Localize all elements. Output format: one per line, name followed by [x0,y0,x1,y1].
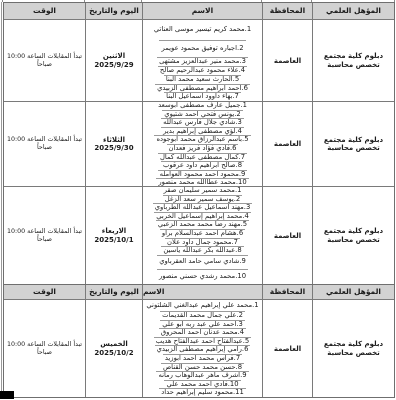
qualification-cell: دبلوم كلية مجتمعتخصص محاسبة [312,102,394,186]
header-qualification: المؤهل العلمي [312,3,394,19]
schedule-group-1: تبدأ المقابلات الساعة 10:00صباحاًالاثنين… [4,19,394,101]
name-row: 3.محمد منير عبدالعزيز مشتهى [157,57,248,66]
name-row: 4.لؤي مصطفى إبراهيم بدير [161,127,244,136]
name-row: 1.محمد علي إبراهيم عبدالغني الشلتوني [144,300,260,311]
header-governorate: المحافظة [262,3,312,19]
date-value: 2025/10/2 [94,349,133,358]
governorate-cell: العاصمة [262,300,312,397]
schedule-group-2: تبدأ المقابلات الساعة 10:00صباحاًالثلاثا… [4,101,394,186]
day-date-cell: الاثنين2025/9/29 [85,20,142,101]
header-time: الوقت [4,3,85,19]
left-border-scan-line [1,2,2,397]
table-header-row: الوقت اليوم والتاريخ الاسم المحافظة المؤ… [4,3,394,19]
qualification-line2: تخصص محاسبة [327,236,380,245]
name-row: 10.محمد رشدي حسني منصور [157,269,248,284]
name-row: 1.محمد كريم تيسير موسى العناتي [152,20,253,40]
name-row: 6.هشام احمد عبدالسلام براو [160,229,245,238]
date-value: 2025/9/29 [94,61,133,70]
interview-schedule-table: الوقت اليوم والتاريخ الاسم المحافظة المؤ… [3,2,395,398]
day-label: الاربعاء [102,227,126,236]
name-row: 9.اشرف ماهر عبدالوهاب رمانه [156,371,248,380]
name-row: 9.محمود احمد محمود العوامله [158,170,248,179]
qualification-line2: تخصص محاسبة [327,61,380,70]
day-date-cell: الثلاثاء2025/9/30 [85,102,142,186]
day-label: الخميس [100,340,128,349]
name-row: 2.يونس فتحي احمد شتيوي [162,110,243,119]
day-date-cell: الخميس2025/10/2 [85,300,142,397]
scan-artifact-mark [0,391,14,399]
governorate-cell: العاصمة [262,102,312,186]
governorate-cell: العاصمة [262,20,312,101]
names-cell: 1.محمد سمير سليمان صقر2.يوسف سمير سعد ال… [142,187,262,284]
groups-section-a: تبدأ المقابلات الساعة 10:00صباحاًالاثنين… [4,19,394,284]
header-name: الاسم [142,3,262,19]
day-date-cell: الاربعاء2025/10/1 [85,187,142,284]
time-text-line2: صباحاً [37,349,52,357]
scanned-schedule-page: الوقت اليوم والتاريخ الاسم المحافظة المؤ… [0,0,396,400]
name-row: 2.يوسف سمير سعد الزغل [163,195,242,204]
date-value: 2025/10/1 [94,236,133,245]
groups-section-b: تبدأ المقابلات الساعة 10:00صباحاًالخميس2… [4,299,394,397]
names-cell: 1.محمد كريم تيسير موسى العناتي2.اجباره ت… [142,20,262,101]
name-row: 4.محمد عدنان احمد المحروق [159,328,246,337]
qualification-cell: دبلوم كلية مجتمعتخصص محاسبة [312,20,394,101]
header-day-date: اليوم والتاريخ [85,3,142,19]
name-row: 8.عبدالله بكر عبدالله ياسين [161,246,243,255]
name-row: 7.فراس محمد احمد ابوزيد [163,354,242,363]
name-row: 7.كمال مصطفى عبدالله كمال [158,153,247,162]
governorate-cell: العاصمة [262,187,312,284]
name-row: 4.علاء محمود عبدالرحيم صالح [158,66,247,75]
name-row: 2.اجباره توفيق محمود عويمر [159,40,245,57]
qualification-line2: تخصص محاسبة [327,144,380,153]
name-row: 7.محمود جمال داود علان [165,238,240,247]
qualification-line1: دبلوم كلية مجتمع [324,136,383,145]
name-row: 6.احمد ابراهيم مصطفى الزبيدي [155,84,250,93]
header-time: الوقت [4,285,85,299]
names-cell: 1.محمد علي إبراهيم عبدالغني الشلتوني2.عل… [142,300,262,397]
day-label: الثلاثاء [103,136,125,145]
time-text-line1: تبدأ المقابلات الساعة 10:00 [7,53,82,61]
qualification-line2: تخصص محاسبة [327,349,380,358]
name-row: 4.محمد إبراهيم إسماعيل الخربي [154,212,251,221]
header-day-date: اليوم والتاريخ [85,285,142,299]
time-text-line2: صباحاً [37,236,52,244]
schedule-group-3: تبدأ المقابلات الساعة 10:00صباحاًالاربعا… [4,186,394,284]
qualification-line1: دبلوم كلية مجتمع [324,227,383,236]
time-text-line1: تبدأ المقابلات الساعة 10:00 [7,136,82,144]
qualification-cell: دبلوم كلية مجتمعتخصص محاسبة [312,187,394,284]
name-row: 3.شادي جلال فارس عبدالله [161,118,244,127]
table-header-row-repeat: الوقت اليوم والتاريخ الاسم المحافظة المؤ… [4,284,394,299]
name-row: 5.باسم عبدالرزاق محمد ابوجوده [154,135,250,144]
schedule-group-4: تبدأ المقابلات الساعة 10:00صباحاًالخميس2… [4,299,394,397]
name-row: 8.صالح ابراهيم داود عرقوب [161,161,244,170]
name-row: 11.محمود سليم إبراهيم حداد [159,388,246,397]
time-cell: تبدأ المقابلات الساعة 10:00صباحاً [4,187,85,284]
name-row: 9.شادي سامي حامد العقرباوي [157,255,248,269]
time-text-line1: تبدأ المقابلات الساعة 10:00 [7,228,82,236]
name-row: 8.حسن محمد حسن القناص [161,363,244,372]
time-cell: تبدأ المقابلات الساعة 10:00صباحاً [4,300,85,397]
time-text-line2: صباحاً [37,144,52,152]
name-row: 3.احمد علي عبد ربه ابو علي [160,320,245,329]
qualification-cell: دبلوم كلية مجتمعتخصص محاسبة [312,300,394,397]
name-row: 7.بهاء داوود اسماعيل البنا [164,92,241,101]
name-row: 5.عبدالفتاح احمد عبدالفتاح هديب [154,337,251,346]
day-label: الاثنين [103,52,125,61]
name-row: 6.رامي إبراهيم مصطفى الزبيدي [155,345,251,354]
name-row: 1.جميل عارف مصطفى ابوسعد [156,102,249,110]
name-row: 3.مهند اسماعيل عبدالله الطرباوي [153,203,253,212]
time-text-line1: تبدأ المقابلات الساعة 10:00 [7,341,82,349]
name-row: 10.محمد عطاالله محمد منصور [156,178,248,186]
names-cell: 1.جميل عارف مصطفى ابوسعد2.يونس فتحي احمد… [142,102,262,186]
header-qualification: المؤهل العلمي [312,285,394,299]
name-row: 2.علي جمال محمد القديمات [160,311,245,320]
name-row: 5.مهند رضا محمد محمد الزعبي [156,220,249,229]
date-value: 2025/9/30 [94,144,133,153]
header-name: الاسم [142,285,262,299]
header-governorate: المحافظة [262,285,312,299]
qualification-line1: دبلوم كلية مجتمع [324,52,383,61]
name-row: 10.فادي احمد محمد علي [164,380,240,389]
time-cell: تبدأ المقابلات الساعة 10:00صباحاً [4,102,85,186]
name-row: 5.الحارث سعيد محمد البنا [164,75,241,84]
time-cell: تبدأ المقابلات الساعة 10:00صباحاً [4,20,85,101]
name-row: 6.فادي فؤاد فريز فعدان [167,144,239,153]
qualification-line1: دبلوم كلية مجتمع [324,340,383,349]
time-text-line2: صباحاً [37,61,52,69]
name-row: 1.محمد سمير سليمان صقر [162,187,244,195]
